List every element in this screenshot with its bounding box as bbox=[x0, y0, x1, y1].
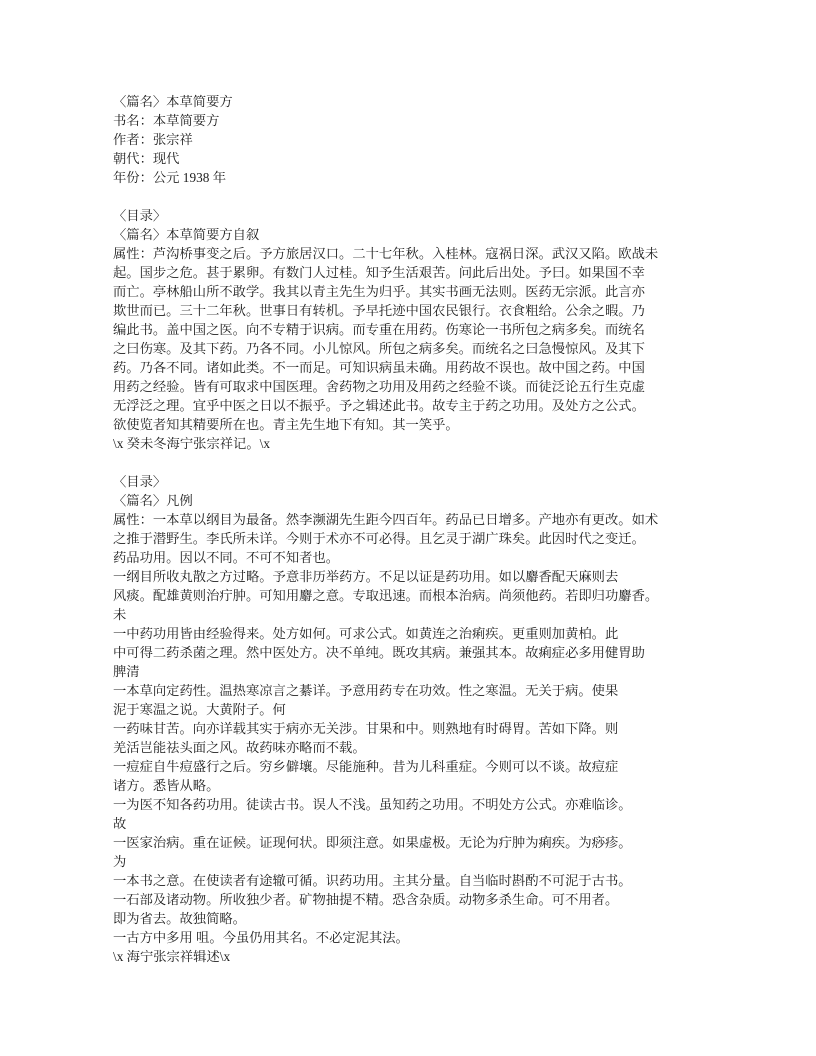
text-line: 属性：一本草以纲目为最备。然李濒湖先生距今四百年。药品已日增多。产地亦有更改。如… bbox=[113, 510, 728, 529]
section-title-line: 〈篇名〉本草简要方自叙 bbox=[113, 225, 728, 244]
signature-line: \x 海宁张宗祥辑述\x bbox=[113, 947, 728, 966]
text-line: 属性：芦沟桥事变之后。予方旅居汉口。二十七年秋。入桂林。寇祸日深。武汉又陷。欧战… bbox=[113, 244, 728, 263]
signature-line: \x 癸未冬海宁张宗祥记。\x bbox=[113, 434, 728, 453]
book-meta-block: 〈篇名〉本草简要方 书名：本草简要方 作者：张宗祥 朝代：现代 年份：公元 19… bbox=[113, 92, 728, 187]
text-line: 一中药功用皆由经验得来。处方如何。可求公式。如黄连之治痢疾。更重则加黄柏。此 bbox=[113, 624, 728, 643]
text-line: 一古方中多用 咀。今虽仍用其名。不必定泥其法。 bbox=[113, 928, 728, 947]
text-line: 即为省去。故独简略。 bbox=[113, 909, 728, 928]
text-line: 一本书之意。在使读者有途辙可循。识药功用。主其分量。自当临时斟酌不可泥于古书。 bbox=[113, 871, 728, 890]
text-line: 一纲目所收丸散之方过略。予意非历举药方。不足以证是药功用。如以麝香配天麻则去 bbox=[113, 567, 728, 586]
text-line: 一药味甘苦。向亦详载其实于病亦无关涉。甘果和中。则熟地有时碍胃。苦如下降。则 bbox=[113, 719, 728, 738]
year-line: 年份：公元 1938 年 bbox=[113, 168, 728, 187]
text-line: 之推于潜野生。李氏所未详。今则于术亦不可必得。且乞灵于湖广珠矣。此因时代之变迁。 bbox=[113, 529, 728, 548]
text-line: 欲使览者知其精要所在也。青主先生地下有知。其一笑乎。 bbox=[113, 415, 728, 434]
text-line: 为 bbox=[113, 852, 728, 871]
text-line: 药。乃各不同。诸如此类。不一而足。可知识病虽未确。用药故不误也。故中国之药。中国 bbox=[113, 358, 728, 377]
text-line: 脾清 bbox=[113, 662, 728, 681]
text-line: 编此书。盖中国之医。向不专精于识病。而专重在用药。伤寒论一书所包之病多矣。而统名 bbox=[113, 320, 728, 339]
toc-marker-line: 〈目录〉 bbox=[113, 206, 728, 225]
text-line: 起。国步之危。甚于累卵。有数门人过桂。知予生活艰苦。问此后出处。予曰。如果国不幸 bbox=[113, 263, 728, 282]
fanli-section: 〈目录〉 〈篇名〉凡例 属性：一本草以纲目为最备。然李濒湖先生距今四百年。药品已… bbox=[113, 472, 728, 966]
text-line: 一医家治病。重在证候。证现何状。即须注意。如果虚极。无论为疔肿为痢疾。为痧疹。 bbox=[113, 833, 728, 852]
text-line: 一石部及诸动物。所收独少者。矿物抽提不精。恐含杂质。动物多杀生命。可不用者。 bbox=[113, 890, 728, 909]
author-line: 作者：张宗祥 bbox=[113, 130, 728, 149]
text-line: 之曰伤寒。及其下药。乃各不同。小儿惊风。所包之病多矣。而统名之曰急慢惊风。及其下 bbox=[113, 339, 728, 358]
text-line: 羌活岂能祛头面之风。故药味亦略而不载。 bbox=[113, 738, 728, 757]
text-line: 未 bbox=[113, 605, 728, 624]
toc-marker-line: 〈目录〉 bbox=[113, 472, 728, 491]
dynasty-line: 朝代：现代 bbox=[113, 149, 728, 168]
text-line: 药品功用。因以不同。不可不知者也。 bbox=[113, 548, 728, 567]
text-line: 故 bbox=[113, 814, 728, 833]
text-line: 泥于寒温之说。大黄附子。何 bbox=[113, 700, 728, 719]
text-line: 用药之经验。皆有可取求中国医理。舍药物之功用及用药之经验不谈。而徒泛论五行生克虚 bbox=[113, 377, 728, 396]
document-page: 〈篇名〉本草简要方 书名：本草简要方 作者：张宗祥 朝代：现代 年份：公元 19… bbox=[0, 0, 816, 1056]
text-line: 一为医不知各药功用。徒读古书。误人不浅。虽知药之功用。不明处方公式。亦难临诊。 bbox=[113, 795, 728, 814]
text-line: 诸方。悉皆从略。 bbox=[113, 776, 728, 795]
text-line: 欺世而已。三十二年秋。世事日有转机。予早托迹中国农民银行。衣食粗给。公余之暇。乃 bbox=[113, 301, 728, 320]
text-line: 中可得二药杀菌之理。然中医处方。决不单纯。既攻其病。兼强其本。故痢症必多用健胃助 bbox=[113, 643, 728, 662]
text-line: 风痰。配雄黄则治疔肿。可知用麝之意。专取迅速。而根本治病。尚须他药。若即归功麝香… bbox=[113, 586, 728, 605]
text-line: 一痘症自牛痘盛行之后。穷乡僻壤。尽能施种。昔为儿科重症。今则可以不谈。故痘症 bbox=[113, 757, 728, 776]
preface-section: 〈目录〉 〈篇名〉本草简要方自叙 属性：芦沟桥事变之后。予方旅居汉口。二十七年秋… bbox=[113, 206, 728, 453]
text-line: 而亡。亭林船山所不敢学。我其以青主先生为归乎。其实书画无法则。医药无宗派。此言亦 bbox=[113, 282, 728, 301]
book-name-line: 书名：本草简要方 bbox=[113, 111, 728, 130]
text-line: 无浮泛之理。宜乎中医之日以不振乎。予之辑述此书。故专主于药之功用。及处方之公式。 bbox=[113, 396, 728, 415]
piece-title-line: 〈篇名〉本草简要方 bbox=[113, 92, 728, 111]
section-title-line: 〈篇名〉凡例 bbox=[113, 491, 728, 510]
text-line: 一本草向定药性。温热寒凉言之綦详。予意用药专在功效。性之寒温。无关于病。使果 bbox=[113, 681, 728, 700]
